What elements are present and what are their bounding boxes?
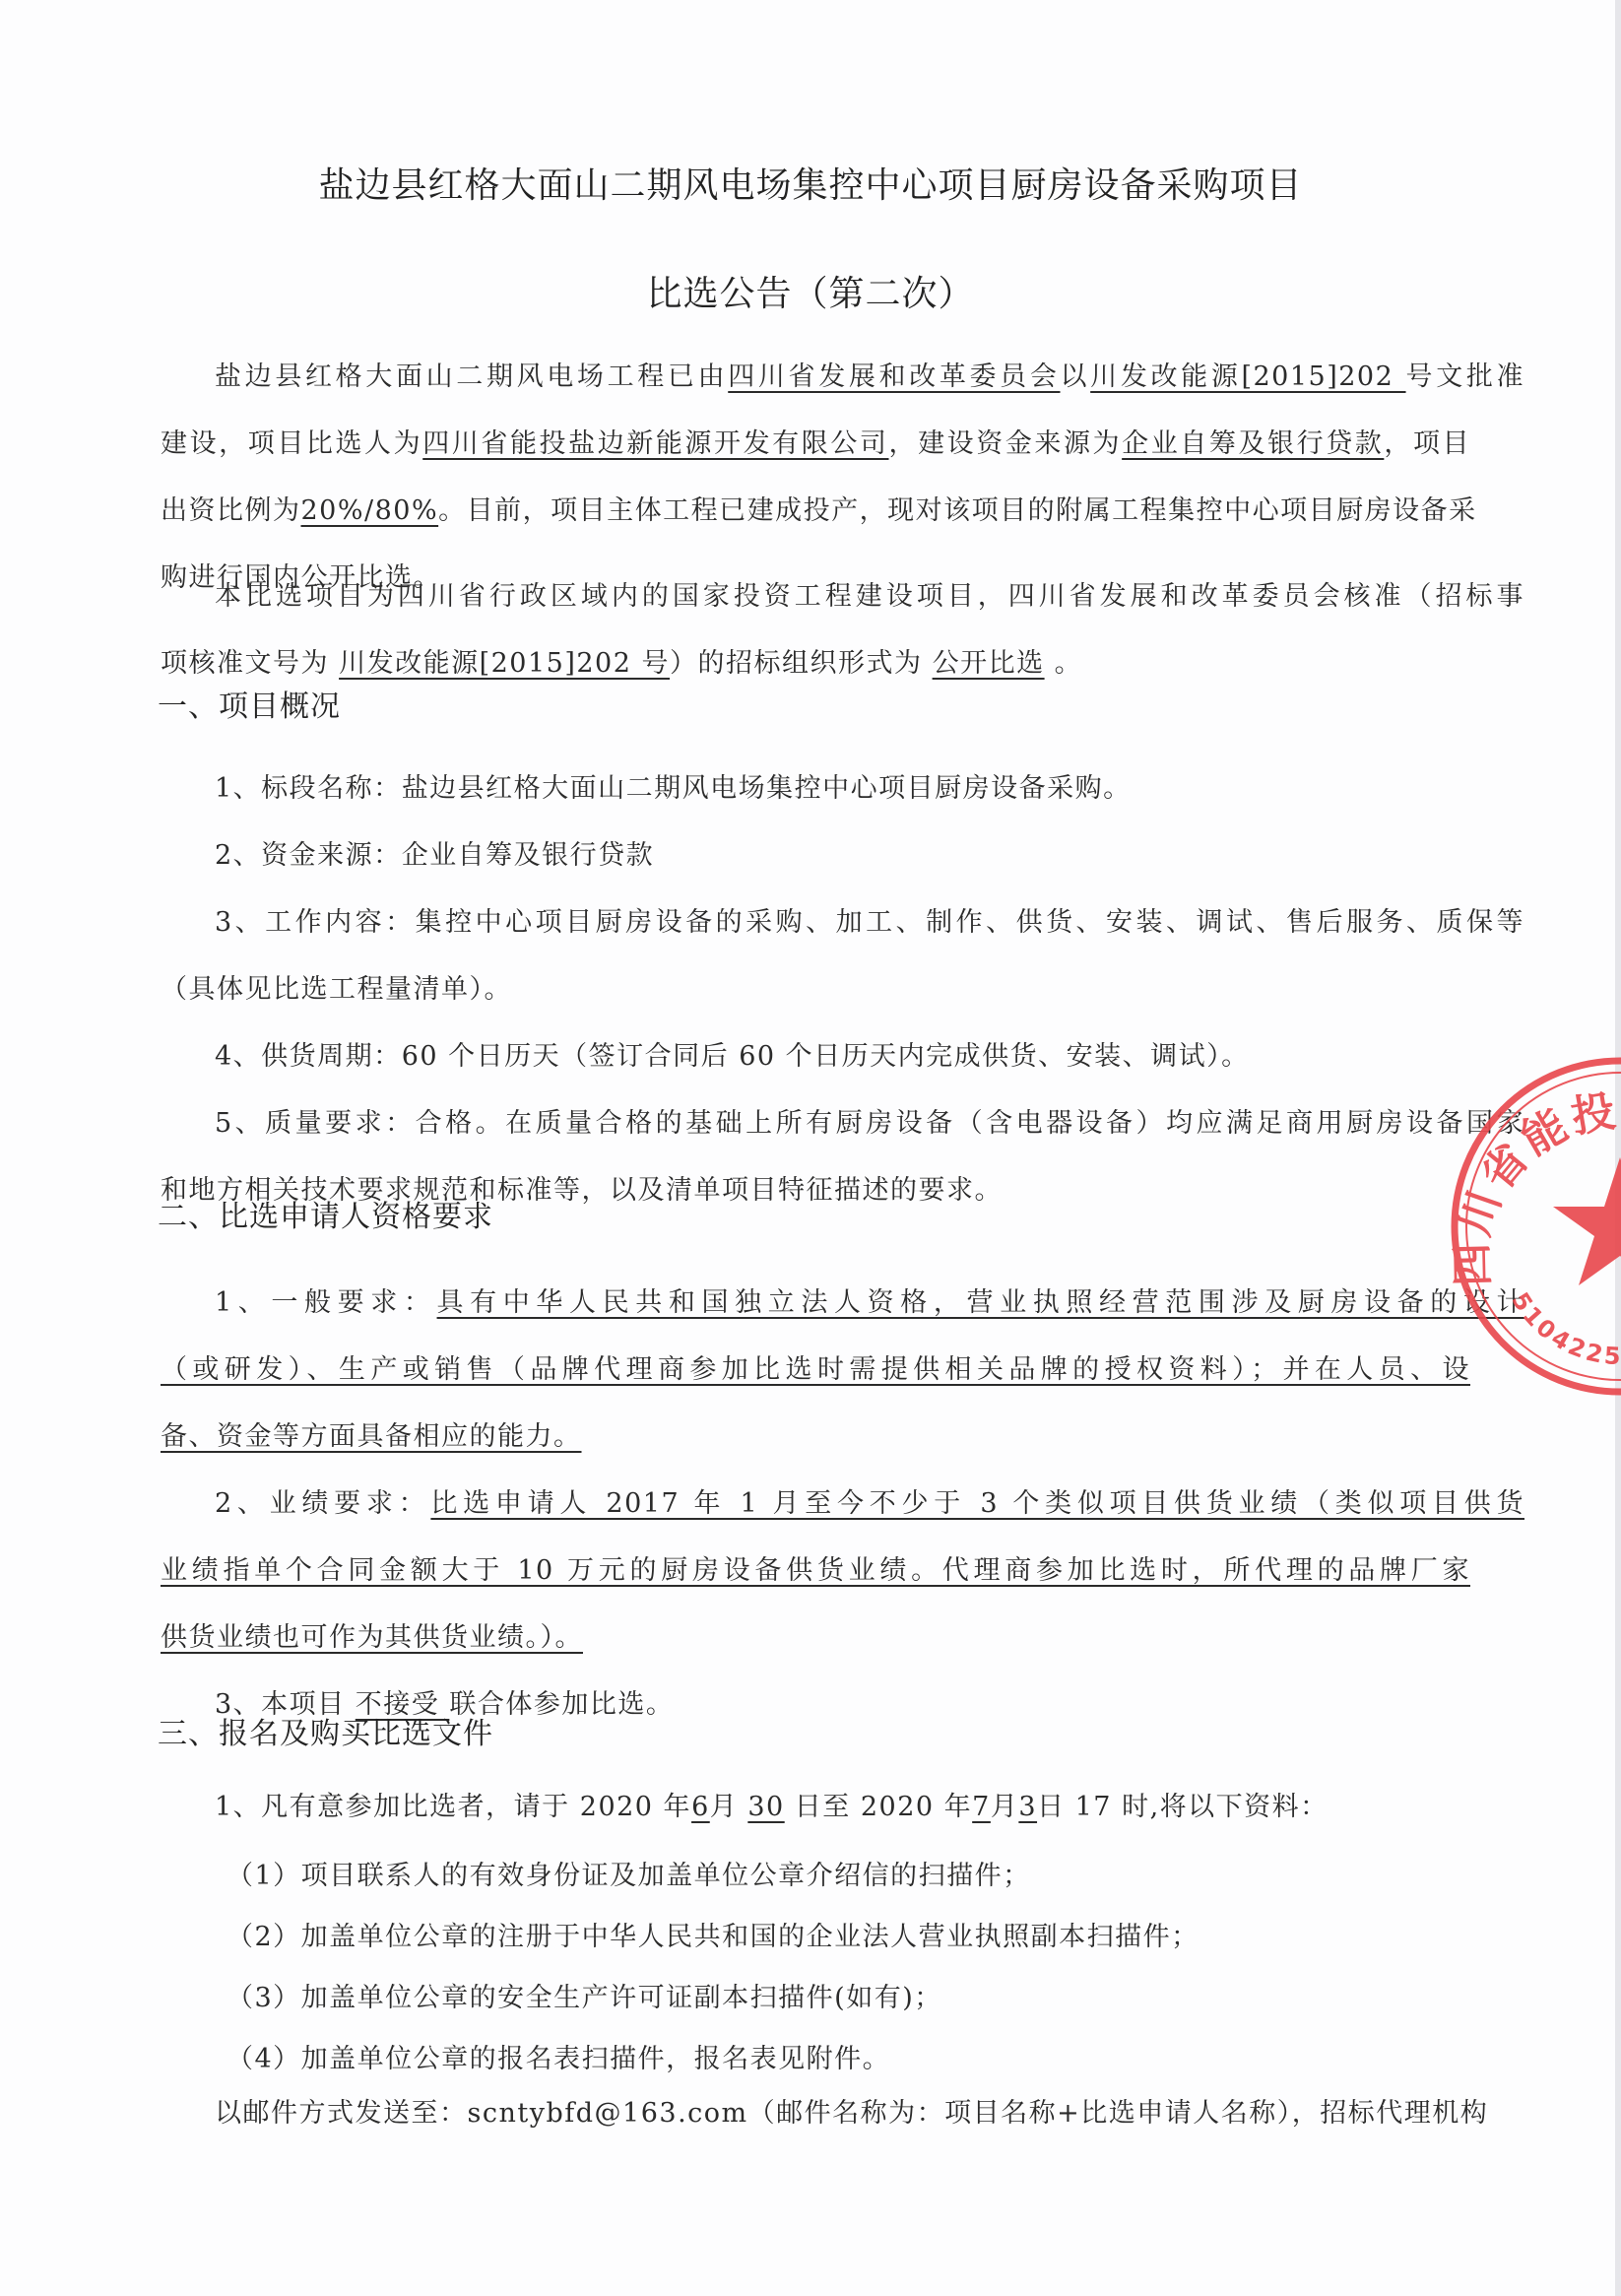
- text-run: （1）项目联系人的有效身份证及加盖单位公章介绍信的扫描件；: [227, 1861, 1031, 1891]
- underlined-text: 业绩指单个合同金额大于 10 万元的厨房设备供货业绩。代理商参加比选时，所代理的…: [161, 1555, 1470, 1586]
- list-item-continuation: （具体见比选工程量清单）。: [161, 967, 1470, 1006]
- list-item: 4、供货周期：60 个日历天（签订合同后 60 个日历天内完成供货、安装、调试）…: [215, 1034, 1524, 1073]
- underlined-text: 供货业绩也可作为其供货业绩。）。: [161, 1622, 583, 1653]
- text-run: 项核准文号为: [161, 648, 339, 679]
- text-run: 日 17 时,将以下资料：: [1037, 1792, 1329, 1822]
- document-title: 盐边县红格大面山二期风电场集控中心项目厨房设备采购项目: [0, 158, 1621, 208]
- text-run: 1、一般要求：: [215, 1287, 437, 1318]
- underlined-text: 比选申请人 2017 年 1 月至今不少于 3 个类似项目供货业绩（类似项目供货: [430, 1488, 1524, 1519]
- section-heading-registration: 三、报名及购买比选文件: [158, 1709, 493, 1752]
- text-run: ）的招标组织形式为: [670, 648, 933, 679]
- text-run: 建设，项目比选人为: [161, 428, 422, 459]
- required-document-item: （1）项目联系人的有效身份证及加盖单位公章介绍信的扫描件；: [227, 1854, 1536, 1892]
- paragraph-line: 本比选项目为四川省行政区域内的国家投资工程建设项目，四川省发展和改革委员会核准（…: [215, 574, 1524, 613]
- text-run: 5、质量要求：: [215, 1108, 416, 1139]
- underlined-text: 7: [972, 1792, 991, 1822]
- underlined-text: 3: [1018, 1792, 1037, 1822]
- underlined-text: 20%/80%: [301, 495, 439, 526]
- text-run: 。: [1045, 648, 1083, 679]
- requirement-line: 1、一般要求：具有中华人民共和国独立法人资格，营业执照经营范围涉及厨房设备的设计: [215, 1280, 1524, 1319]
- text-run: 4、供货周期：: [215, 1041, 402, 1072]
- requirement-line: 备、资金等方面具备相应的能力。: [161, 1414, 1470, 1453]
- requirement-line: 供货业绩也可作为其供货业绩。）。: [161, 1615, 1470, 1654]
- company-seal-stamp: 四川省能投盐边新 51042250: [1443, 1049, 1621, 1404]
- underlined-text: 四川省能投盐边新能源开发有限公司: [422, 428, 888, 459]
- text-run: 日至 2020 年: [785, 1792, 972, 1822]
- underlined-text: 备、资金等方面具备相应的能力。: [161, 1421, 582, 1452]
- required-document-item: （3）加盖单位公章的安全生产许可证副本扫描件(如有)；: [227, 1976, 1536, 2014]
- text-run: 盐边县红格大面山二期风电场集控中心项目厨房设备采购。: [402, 773, 1132, 804]
- text-run: 月: [710, 1792, 748, 1822]
- text-run: 以邮件方式发送至：scntybfd@163.com（邮件名称为：项目名称+比选申…: [215, 2098, 1488, 2129]
- text-run: （具体见比选工程量清单）。: [161, 974, 512, 1005]
- registration-dates: 1、凡有意参加比选者，请于 2020 年6月 30 日至 2020 年7月3日 …: [215, 1785, 1524, 1823]
- underlined-text: 具有中华人民共和国独立法人资格，营业执照经营范围涉及厨房设备的设计: [437, 1287, 1524, 1318]
- list-item: 3、工作内容：集控中心项目厨房设备的采购、加工、制作、供货、安装、调试、售后服务…: [215, 900, 1524, 939]
- email-instruction: 以邮件方式发送至：scntybfd@163.com（邮件名称为：项目名称+比选申…: [215, 2091, 1524, 2130]
- underlined-text: 公开比选: [933, 648, 1045, 679]
- paragraph-line: 建设，项目比选人为四川省能投盐边新能源开发有限公司，建设资金来源为企业自筹及银行…: [161, 422, 1470, 460]
- underlined-text: 四川省发展和改革委员会: [728, 361, 1060, 392]
- text-run: ，项目: [1384, 428, 1470, 459]
- underlined-text: 川发改能源[2015]202: [1090, 361, 1405, 392]
- text-run: 1、标段名称：: [215, 773, 402, 804]
- text-run: 1、凡有意参加比选者，请于 2020 年: [215, 1792, 691, 1822]
- paragraph-line: 出资比例为20%/80%。目前，项目主体工程已建成投产，现对该项目的附属工程集控…: [161, 489, 1470, 527]
- underlined-text: 企业自筹及银行贷款: [1122, 428, 1384, 459]
- text-run: 合格。在质量合格的基础上所有厨房设备（含电器设备）均应满足商用厨房设备国家: [416, 1108, 1524, 1139]
- section-heading-overview: 一、项目概况: [158, 682, 341, 725]
- underlined-text: （或研发）、生产或销售（品牌代理商参加比选时需提供相关品牌的授权资料）；并在人员…: [161, 1354, 1470, 1385]
- underlined-text: 6: [691, 1792, 710, 1822]
- text-run: 盐边县红格大面山二期风电场工程已由: [215, 361, 728, 392]
- list-item: 2、资金来源：企业自筹及银行贷款: [215, 833, 1524, 872]
- document-subtitle: 比选公告（第二次）: [0, 266, 1621, 316]
- text-run: ，建设资金来源为: [889, 428, 1123, 459]
- underlined-text: 川发改能源[2015]202 号: [339, 648, 670, 679]
- text-run: 月: [991, 1792, 1019, 1822]
- text-run: 。目前，项目主体工程已建成投产，现对该项目的附属工程集控中心项目厨房设备采: [438, 495, 1477, 526]
- text-run: （3）加盖单位公章的安全生产许可证副本扫描件(如有)；: [227, 1983, 942, 2013]
- text-run: 出资比例为: [161, 495, 301, 526]
- text-run: 2、资金来源：: [215, 840, 402, 871]
- text-run: 以: [1061, 361, 1091, 392]
- text-run: 本比选项目为四川省行政区域内的国家投资工程建设项目，四川省发展和改革委员会核准（…: [215, 581, 1524, 612]
- document-page: 盐边县红格大面山二期风电场集控中心项目厨房设备采购项目 比选公告（第二次） 盐边…: [0, 0, 1621, 2296]
- paragraph-line: 项核准文号为 川发改能源[2015]202 号）的招标组织形式为 公开比选 。: [161, 641, 1470, 680]
- requirement-line: 2、业绩要求：比选申请人 2017 年 1 月至今不少于 3 个类似项目供货业绩…: [215, 1481, 1524, 1520]
- text-run: 企业自筹及银行贷款: [402, 840, 655, 871]
- text-run: 2、业绩要求：: [215, 1488, 430, 1519]
- text-run: 3、工作内容：: [215, 907, 416, 938]
- required-document-item: （2）加盖单位公章的注册于中华人民共和国的企业法人营业执照副本扫描件；: [227, 1915, 1536, 1953]
- list-item: 5、质量要求：合格。在质量合格的基础上所有厨房设备（含电器设备）均应满足商用厨房…: [215, 1101, 1524, 1140]
- requirement-line: （或研发）、生产或销售（品牌代理商参加比选时需提供相关品牌的授权资料）；并在人员…: [161, 1347, 1470, 1386]
- underlined-text: 30: [747, 1792, 784, 1822]
- text-run: （2）加盖单位公章的注册于中华人民共和国的企业法人营业执照副本扫描件；: [227, 1922, 1200, 1952]
- list-item: 1、标段名称：盐边县红格大面山二期风电场集控中心项目厨房设备采购。: [215, 766, 1524, 805]
- required-document-item: （4）加盖单位公章的报名表扫描件，报名表见附件。: [227, 2037, 1536, 2075]
- text-run: 60 个日历天（签订合同后 60 个日历天内完成供货、安装、调试）。: [402, 1041, 1250, 1072]
- text-run: 集控中心项目厨房设备的采购、加工、制作、供货、安装、调试、售后服务、质保等: [416, 907, 1524, 938]
- text-run: （4）加盖单位公章的报名表扫描件，报名表见附件。: [227, 2044, 890, 2074]
- paragraph-line: 盐边县红格大面山二期风电场工程已由四川省发展和改革委员会以川发改能源[2015]…: [215, 355, 1524, 393]
- text-run: 号文批准: [1406, 361, 1524, 392]
- requirement-line: 业绩指单个合同金额大于 10 万元的厨房设备供货业绩。代理商参加比选时，所代理的…: [161, 1548, 1470, 1587]
- section-heading-qualification: 二、比选申请人资格要求: [158, 1192, 493, 1235]
